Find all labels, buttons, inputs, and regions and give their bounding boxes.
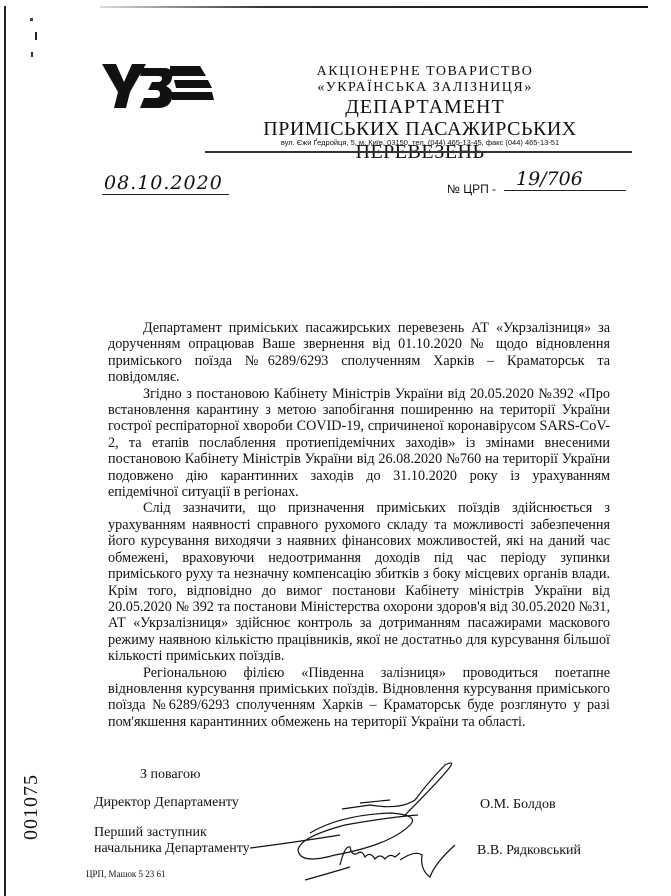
- org-line-1: АКЦІОНЕРНЕ ТОВАРИСТВО: [210, 64, 640, 80]
- paragraph-4: Регіональною філією «Південна залізниця»…: [108, 665, 610, 731]
- signatures-icon: [250, 755, 500, 885]
- org-line-2: «УКРАЇНСЬКА ЗАЛІЗНИЦЯ»: [210, 80, 640, 96]
- closing-regards: З повагою: [140, 767, 201, 783]
- paragraph-2: Згідно з постановою Кабінету Міністрів У…: [108, 386, 610, 501]
- scan-edge-top: [100, 6, 648, 8]
- uz-logo-icon: [102, 62, 214, 110]
- registration-stamp-number: 001075: [20, 774, 43, 840]
- signer1-title: Директор Департаменту: [94, 795, 239, 811]
- signer2-title-line2: начальника Департаменту: [94, 841, 250, 857]
- scan-edge-left: [4, 6, 6, 896]
- letter-body: Департамент приміських пасажирських пере…: [108, 320, 610, 730]
- dept-line-1: ДЕПАРТАМЕНТ: [210, 96, 640, 119]
- header-rule: [205, 151, 632, 153]
- scan-specks: [27, 18, 39, 63]
- paragraph-1: Департамент приміських пасажирських пере…: [108, 320, 610, 386]
- handwritten-date: 08.10.2020: [102, 172, 229, 195]
- footer-contact: ЦРП, Машок 5 23 61: [86, 869, 166, 879]
- reg-number-label: № ЦРП -: [447, 182, 496, 196]
- paragraph-3: Слід зазначити, що призначення приміськи…: [108, 500, 610, 664]
- signer2-title-line1: Перший заступник: [94, 825, 207, 841]
- address-line: вул. Єжи Ґедройця, 5, м. Київ, 03150, те…: [200, 138, 640, 147]
- handwritten-reg-number: 19/706: [504, 168, 626, 191]
